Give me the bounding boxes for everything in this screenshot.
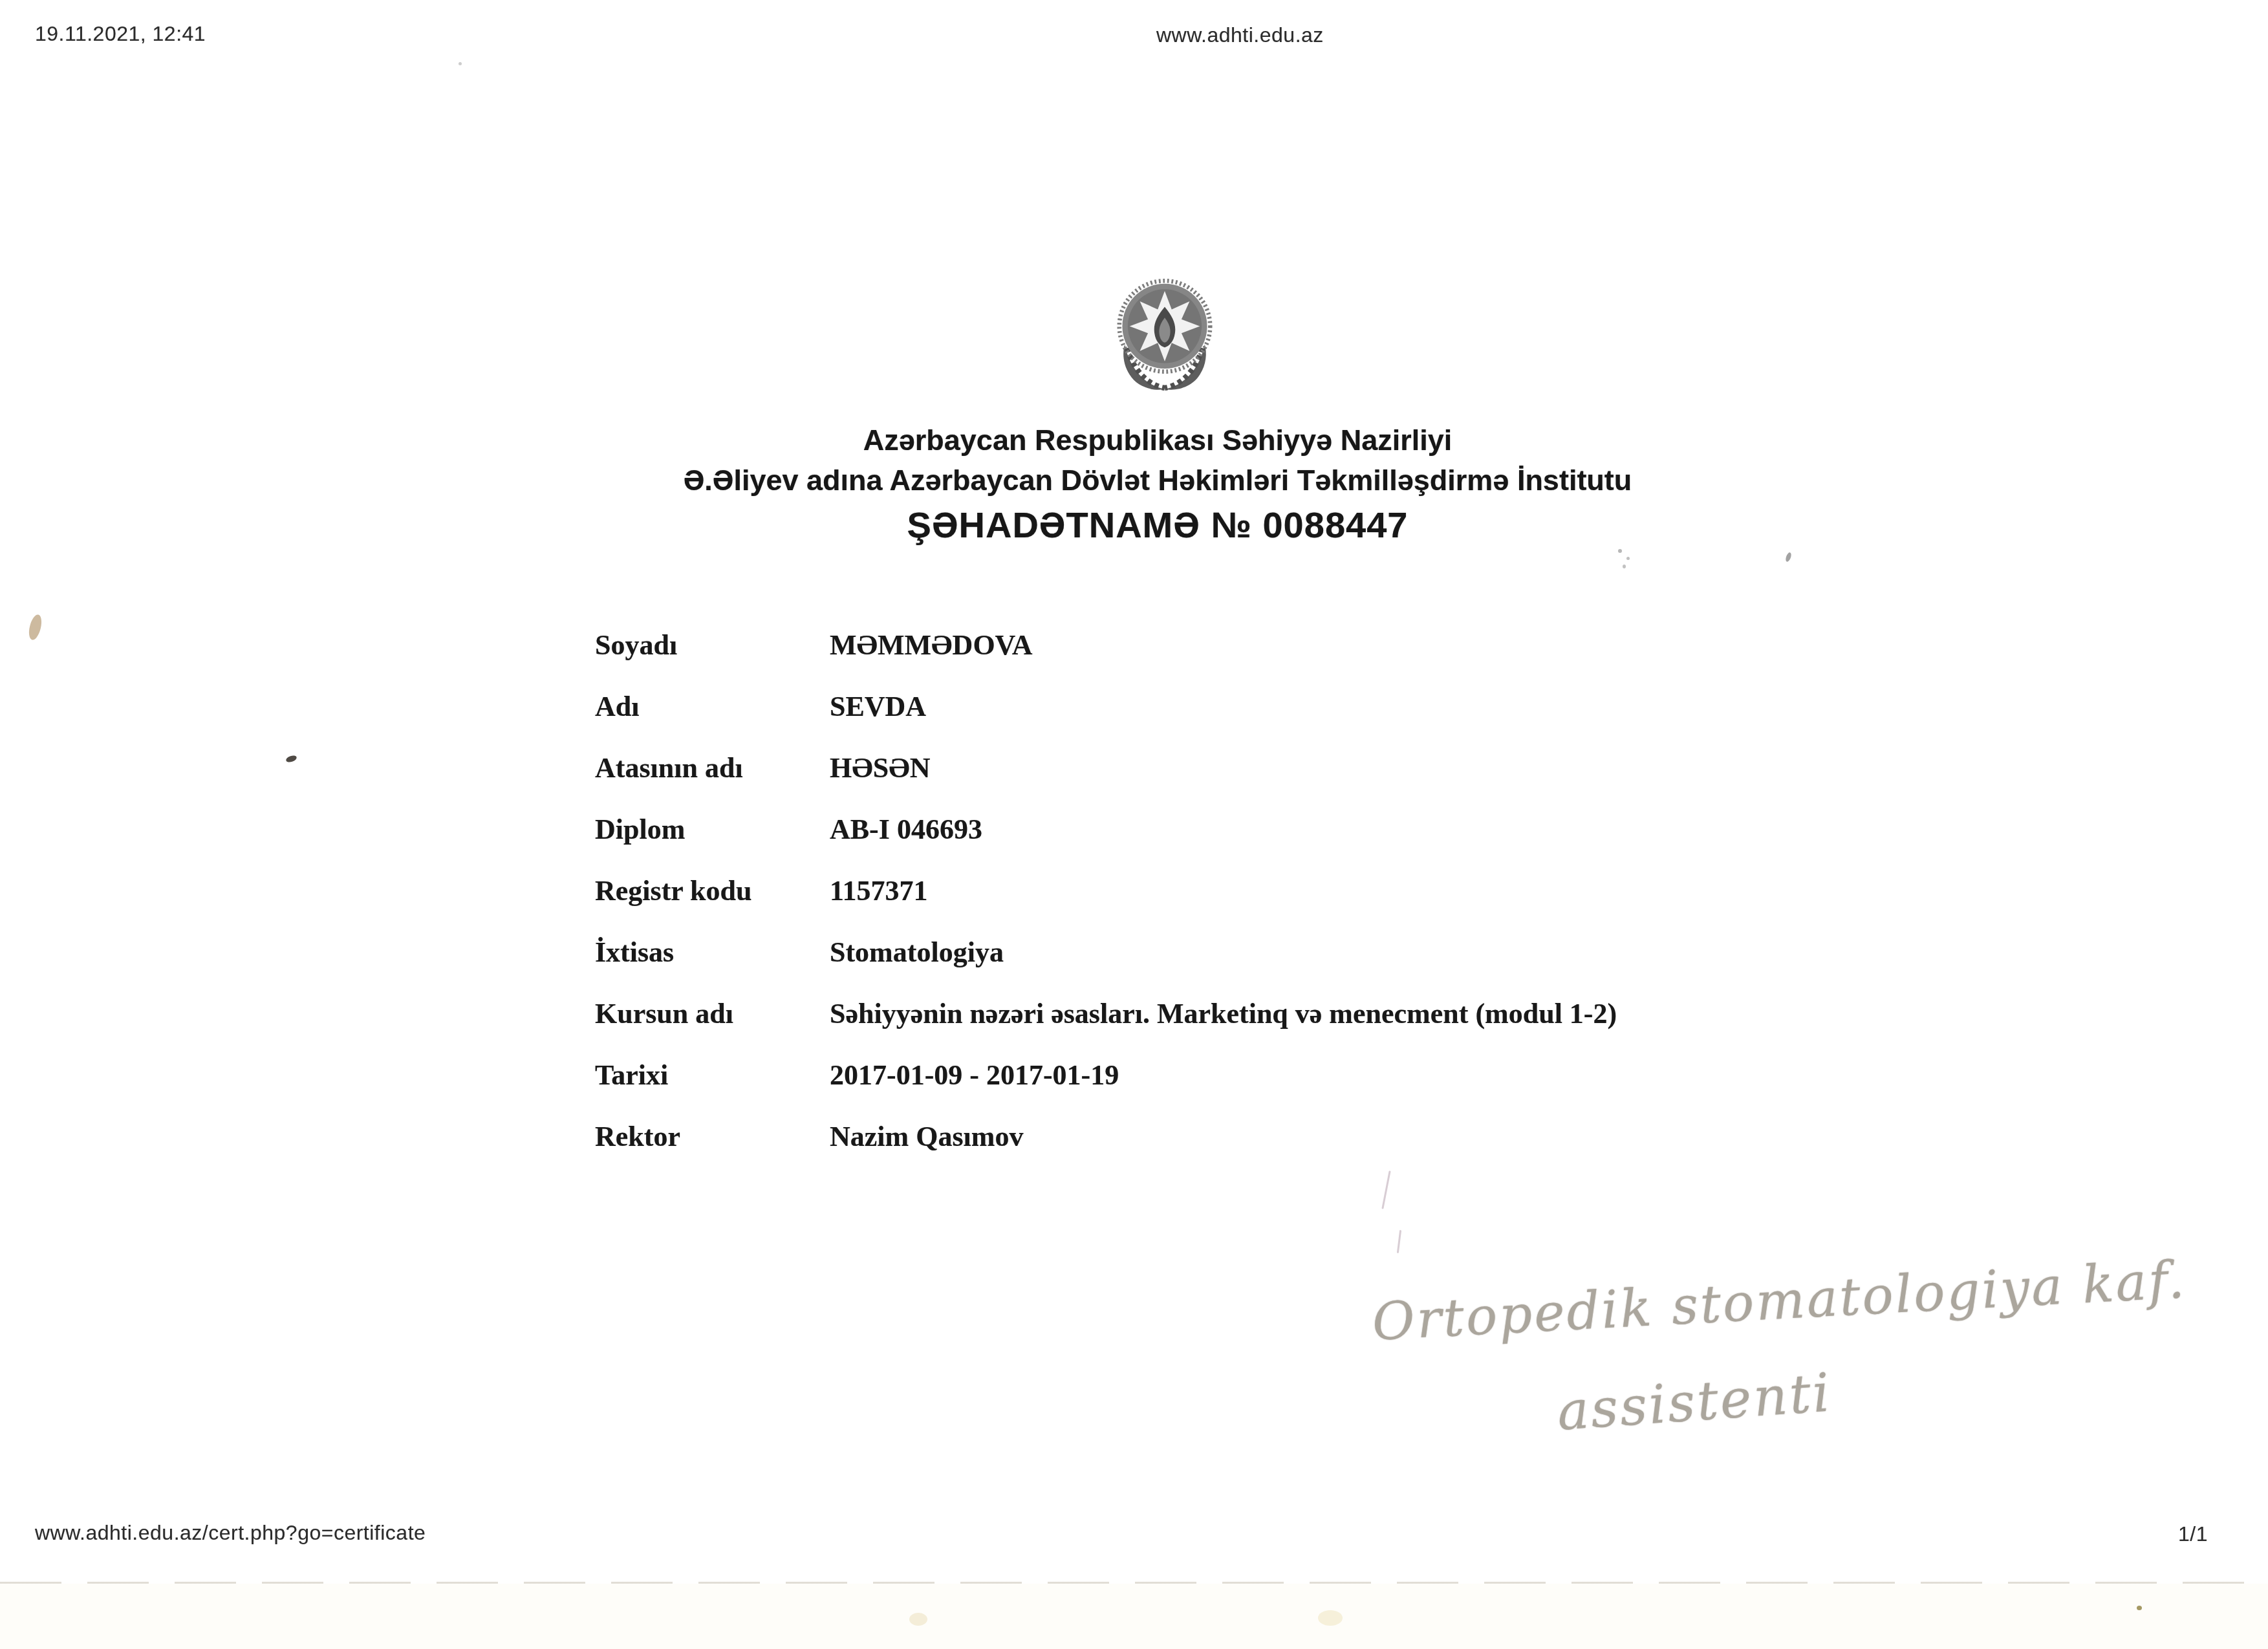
scan-speck <box>1785 552 1793 562</box>
field-value: AB-I 046693 <box>830 814 982 845</box>
field-row-diploma: Diplom AB-I 046693 <box>595 814 1617 845</box>
print-header-datetime: 19.11.2021, 12:41 <box>35 22 206 46</box>
field-label: Tarixi <box>595 1060 830 1091</box>
field-value: 1157371 <box>830 876 928 907</box>
field-value: 2017-01-09 - 2017-01-19 <box>830 1060 1119 1091</box>
field-label: Kursun adı <box>595 998 830 1029</box>
field-value: Stomatologiya <box>830 937 1004 968</box>
scan-paper-edge <box>0 1584 2268 1649</box>
field-row-registry-code: Registr kodu 1157371 <box>595 876 1617 907</box>
ministry-title: Azərbaycan Respublikası Səhiyyə Nazirliy… <box>863 424 1452 457</box>
institute-title: Ə.Əliyev adına Azərbaycan Dövlət Həkimlə… <box>684 464 1632 497</box>
field-value: HƏSƏN <box>830 753 930 784</box>
scan-speck <box>27 614 43 641</box>
field-label: Diplom <box>595 814 830 845</box>
field-row-surname: Soyadı MƏMMƏDOVA <box>595 630 1617 661</box>
scan-speck <box>2137 1606 2142 1610</box>
field-label: Rektor <box>595 1121 830 1152</box>
field-value: Səhiyyənin nəzəri əsasları. Marketinq və… <box>830 998 1617 1029</box>
scanned-certificate-page: { "print_header": { "datetime": "19.11.2… <box>0 0 2268 1649</box>
field-value: Nazim Qasımov <box>830 1121 1023 1152</box>
field-label: Registr kodu <box>595 876 830 907</box>
print-header-url: www.adhti.edu.az <box>1156 23 1324 47</box>
azerbaijan-emblem-icon <box>1116 273 1213 397</box>
field-row-dates: Tarixi 2017-01-09 - 2017-01-19 <box>595 1060 1617 1091</box>
certificate-fields: Soyadı MƏMMƏDOVA Adı SEVDA Atasının adı … <box>595 630 1617 1183</box>
handwritten-note-line2: assistenti <box>1555 1362 1833 1442</box>
pencil-mark <box>1397 1230 1401 1253</box>
field-label: Adı <box>595 691 830 722</box>
field-row-course-name: Kursun adı Səhiyyənin nəzəri əsasları. M… <box>595 998 1617 1029</box>
scan-speck <box>459 62 462 65</box>
field-row-rector: Rektor Nazim Qasımov <box>595 1121 1617 1152</box>
field-label: İxtisas <box>595 937 830 968</box>
field-value: SEVDA <box>830 691 926 722</box>
scan-smudge <box>1318 1610 1343 1626</box>
field-row-name: Adı SEVDA <box>595 691 1617 722</box>
field-row-specialty: İxtisas Stomatologiya <box>595 937 1617 968</box>
print-footer-page-number: 1/1 <box>2178 1522 2208 1546</box>
field-label: Soyadı <box>595 630 830 661</box>
scan-speck <box>1623 565 1626 568</box>
scan-edge-line <box>0 1582 2268 1584</box>
field-label: Atasının adı <box>595 753 830 784</box>
certificate-number-title: ŞƏHADƏTNAMƏ № 0088447 <box>907 504 1409 546</box>
scan-speck <box>1618 549 1622 553</box>
scan-speck <box>1626 557 1630 560</box>
field-row-patronymic: Atasının adı HƏSƏN <box>595 753 1617 784</box>
handwritten-note-line1: Ortopedik stomatologiya kaf. <box>1371 1249 2188 1352</box>
scan-speck <box>285 755 297 764</box>
scan-smudge <box>909 1613 927 1626</box>
field-value: MƏMMƏDOVA <box>830 630 1032 661</box>
print-footer-url: www.adhti.edu.az/cert.php?go=certificate <box>35 1521 426 1545</box>
